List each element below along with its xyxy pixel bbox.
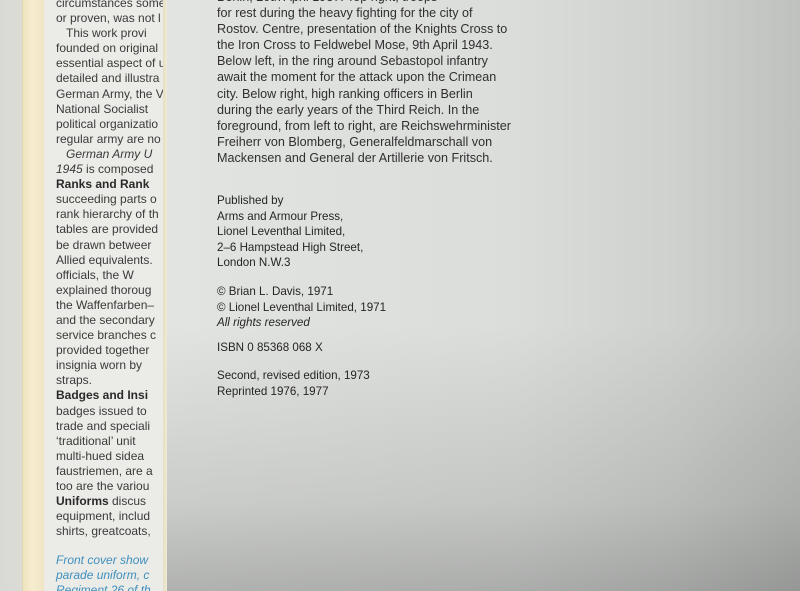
flap-text-line: Ranks and Rank xyxy=(56,177,165,192)
flap-text-line: badges issued to xyxy=(56,404,165,419)
caption-line: Mackensen and General der Artillerie von… xyxy=(217,150,587,166)
flap-blurb: circumstances someor proven, was not lTh… xyxy=(56,0,165,539)
flap-text-line: straps. xyxy=(56,373,165,388)
flap-text-line: provided together xyxy=(56,343,165,358)
caption-line: the Iron Cross to Feldwebel Mose, 9th Ap… xyxy=(217,37,587,53)
cover-note-line: Regiment 26 of th xyxy=(56,583,165,591)
isbn: ISBN 0 85368 068 X xyxy=(217,340,386,356)
flap-text-line: Badges and Insi xyxy=(56,388,165,403)
flap-text-line: essential aspect of u xyxy=(56,56,165,71)
flap-text-line: trade and speciali xyxy=(56,419,165,434)
photo-caption: Berlin, 20th April 1937. Top right, troo… xyxy=(217,0,587,166)
flap-text-line: succeeding parts o xyxy=(56,192,165,207)
caption-line: Freiherr von Blomberg, Generalfeldmarsch… xyxy=(217,134,587,150)
imprint-block: Published byArms and Armour Press,Lionel… xyxy=(217,193,386,400)
flap-text-line: shirts, greatcoats, xyxy=(56,524,165,539)
copyright-line: © Brian L. Davis, 1971 xyxy=(217,284,386,300)
flap-text-line: explained thoroug xyxy=(56,283,165,298)
flap-text-line: officials, the W xyxy=(56,268,165,283)
flap-text-line: 1945 is composed xyxy=(56,162,165,177)
dust-jacket-flap: circumstances someor proven, was not lTh… xyxy=(44,0,165,591)
rights-statement: All rights reserved xyxy=(217,315,386,331)
flap-text-line: the Waffenfarben– xyxy=(56,298,165,313)
book-page: Berlin, 20th April 1937. Top right, troo… xyxy=(167,0,800,591)
flap-text-line: too are the variou xyxy=(56,479,165,494)
flap-text-line: German Army U xyxy=(56,147,165,162)
edition-info: Second, revised edition, 1973Reprinted 1… xyxy=(217,368,386,399)
front-cover-note: Front cover showparade uniform, cRegimen… xyxy=(56,553,165,591)
caption-line: for rest during the heavy fighting for t… xyxy=(217,5,587,21)
publisher-line: Arms and Armour Press, xyxy=(217,209,386,225)
background-edge xyxy=(0,0,24,591)
caption-line: Rostov. Centre, presentation of the Knig… xyxy=(217,21,587,37)
caption-line: Below left, in the ring around Sebastopo… xyxy=(217,53,587,69)
flap-text-line: founded on original xyxy=(56,41,165,56)
flap-text-line: regular army are no xyxy=(56,132,165,147)
copyright-line: © Lionel Leventhal Limited, 1971 xyxy=(217,300,386,316)
caption-line: during the early years of the Third Reic… xyxy=(217,102,587,118)
publisher-line: Published by xyxy=(217,193,386,209)
flap-text-line: ‘traditional’ unit xyxy=(56,434,165,449)
flap-text-line: faustriemen, are a xyxy=(56,464,165,479)
flap-text-line: equipment, includ xyxy=(56,509,165,524)
flap-text-line: rank hierarchy of th xyxy=(56,207,165,222)
edition-line: Second, revised edition, 1973 xyxy=(217,368,386,384)
flap-text-line: or proven, was not l xyxy=(56,11,165,26)
publisher-info: Published byArms and Armour Press,Lionel… xyxy=(217,193,386,271)
flap-text-line: This work provi xyxy=(56,26,165,41)
copyright-notice: © Brian L. Davis, 1971© Lionel Leventhal… xyxy=(217,284,386,315)
caption-line: foreground, from left to right, are Reic… xyxy=(217,118,587,134)
flap-text-line: tables are provided xyxy=(56,222,165,237)
publisher-line: London N.W.3 xyxy=(217,255,386,271)
publisher-line: 2–6 Hampstead High Street, xyxy=(217,240,386,256)
flap-text-line: political organizatio xyxy=(56,117,165,132)
jacket-spine-edge xyxy=(22,0,45,591)
cover-note-line: Front cover show xyxy=(56,553,165,568)
flap-text-line: detailed and illustra xyxy=(56,71,165,86)
flap-text-line: National Socialist xyxy=(56,102,165,117)
flap-text-line: Allied equivalents. xyxy=(56,253,165,268)
flap-text-line: service branches c xyxy=(56,328,165,343)
cover-note-line: parade uniform, c xyxy=(56,568,165,583)
flap-text-line: German Army, the V xyxy=(56,87,165,102)
flap-text-line: be drawn betweer xyxy=(56,238,165,253)
flap-text-line: and the secondary xyxy=(56,313,165,328)
caption-line: await the moment for the attack upon the… xyxy=(217,69,587,85)
caption-line: city. Below right, high ranking officers… xyxy=(217,86,587,102)
edition-line: Reprinted 1976, 1977 xyxy=(217,384,386,400)
flap-text-line: Uniforms discus xyxy=(56,494,165,509)
flap-text-line: insignia worn by xyxy=(56,358,165,373)
flap-text-line: circumstances some xyxy=(56,0,165,11)
flap-text-line: multi-hued sidea xyxy=(56,449,165,464)
publisher-line: Lionel Leventhal Limited, xyxy=(217,224,386,240)
